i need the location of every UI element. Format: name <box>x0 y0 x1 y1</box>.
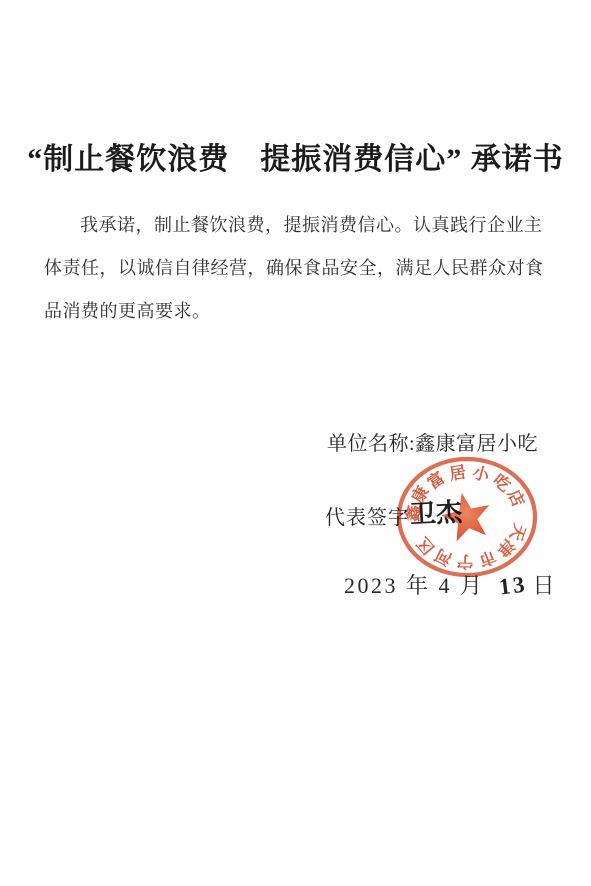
svg-text:居: 居 <box>448 462 468 484</box>
signature-label: 代表签字 <box>325 507 409 529</box>
svg-text:天: 天 <box>506 521 530 543</box>
svg-text:小: 小 <box>471 463 492 486</box>
svg-text:河: 河 <box>431 545 455 570</box>
date-line: 2023 年 4 月13日 <box>344 569 557 600</box>
svg-text:富: 富 <box>423 467 448 493</box>
svg-text:市: 市 <box>476 546 499 571</box>
signature-line: 代表签字卫杰 <box>325 495 462 532</box>
svg-text:津: 津 <box>493 535 518 560</box>
unit-name-value: 鑫康富居小吃 <box>415 433 538 455</box>
body-paragraph: 我承诺，制止餐饮浪费，提振消费信心。认真践行企业主 体责任，以诚信自律经营，确保… <box>44 204 546 333</box>
date-day-suffix: 日 <box>533 573 558 598</box>
body-line-3: 品消费的更高要求。 <box>44 290 546 333</box>
date-day-handwritten: 13 <box>497 571 528 600</box>
document-title: “制止餐饮浪费 提振消费信心” 承诺书 <box>0 134 591 178</box>
svg-text:区: 区 <box>413 533 438 558</box>
body-line-2: 体责任，以诚信自律经营，确保食品安全，满足人民群众对食 <box>44 247 546 290</box>
date-year-month: 2023 年 4 月 <box>344 573 485 598</box>
svg-text:吃: 吃 <box>489 470 515 496</box>
unit-name-label: 单位名称: <box>327 433 415 455</box>
unit-name-line: 单位名称:鑫康富居小吃 <box>327 427 538 456</box>
svg-text:店: 店 <box>504 486 529 510</box>
signature-handwriting: 卫杰 <box>409 492 463 532</box>
document-page: “制止餐饮浪费 提振消费信心” 承诺书 我承诺，制止餐饮浪费，提振消费信心。认真… <box>0 0 591 886</box>
body-line-1: 我承诺，制止餐饮浪费，提振消费信心。认真践行企业主 <box>44 204 546 247</box>
